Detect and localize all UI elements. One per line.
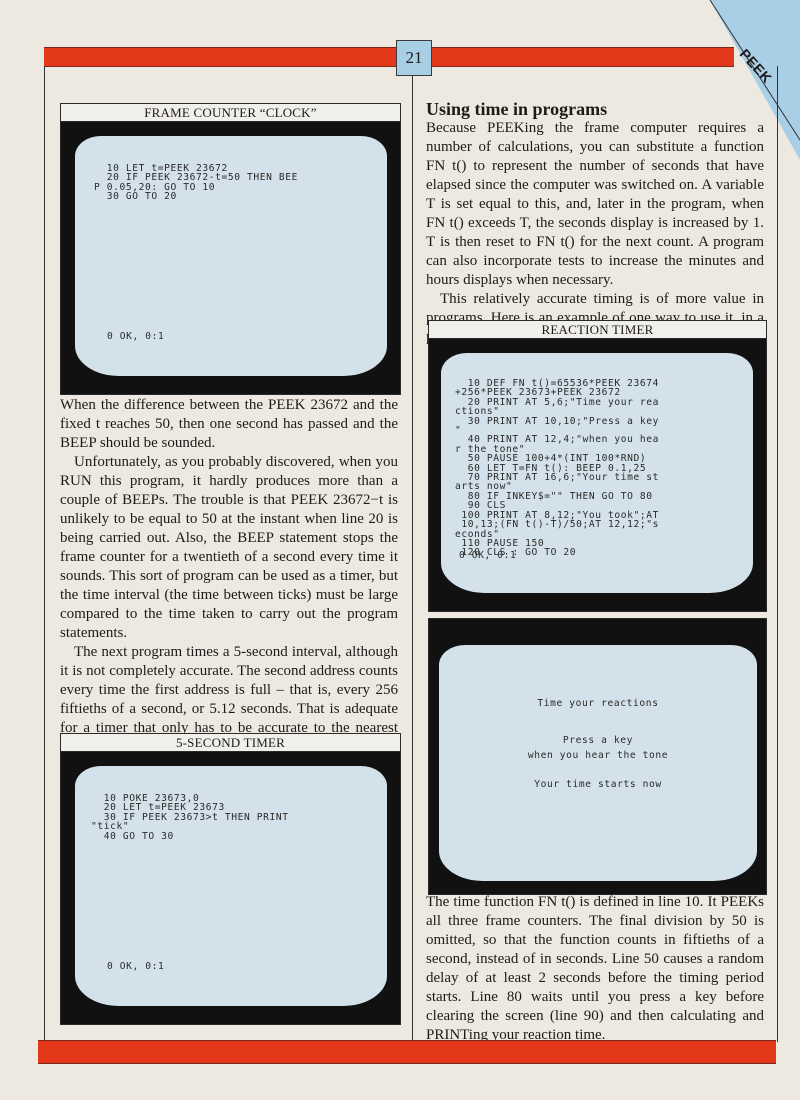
right-text-block-1: Using time in programs Because PEEKing t… [426,99,764,347]
tv-screen: Time your reactions Press a key when you… [439,645,757,881]
screen-line: Press a key [439,736,757,745]
bottom-red-bar [38,1040,776,1064]
tv-screen: 10 LET t=PEEK 23672 20 IF PEEK 23672-t=5… [75,136,387,376]
figure-caption: FRAME COUNTER “CLOCK” [61,104,400,122]
section-heading: Using time in programs [426,99,764,119]
program-listing: 10 POKE 23673,0 20 LET t=PEEK 23673 30 I… [91,794,289,841]
right-text-block-2: The time function FN t() is defined in l… [426,893,764,1045]
paragraph: When the difference between the PEEK 236… [60,396,398,453]
figure-caption: 5-SECOND TIMER [61,734,400,752]
column-divider [412,74,413,1042]
figure-reaction-timer-output: Time your reactions Press a key when you… [428,618,767,895]
paragraph: Because PEEKing the frame computer requi… [426,119,764,290]
status-line: 0 OK, 0:1 [459,551,516,560]
top-red-bar [44,47,734,67]
left-text-block-1: When the difference between the PEEK 236… [60,396,398,776]
page-number: 21 [396,40,432,76]
screen-line: when you hear the tone [439,751,757,760]
figure-frame-counter-clock: FRAME COUNTER “CLOCK” 10 LET t=PEEK 2367… [60,103,401,395]
tv-screen: 10 POKE 23673,0 20 LET t=PEEK 23673 30 I… [75,766,387,1006]
program-listing: 10 DEF FN t()=65536*PEEK 23674 +256*PEEK… [455,379,659,558]
tv-screen: 10 DEF FN t()=65536*PEEK 23674 +256*PEEK… [441,353,753,593]
figure-5-second-timer: 5-SECOND TIMER 10 POKE 23673,0 20 LET t=… [60,733,401,1025]
paragraph: Unfortunately, as you probably discovere… [60,453,398,643]
program-listing: 10 LET t=PEEK 23672 20 IF PEEK 23672-t=5… [94,164,298,202]
figure-reaction-timer: REACTION TIMER 10 DEF FN t()=65536*PEEK … [428,320,767,612]
paragraph: The time function FN t() is defined in l… [426,893,764,1045]
screen-line: Time your reactions [439,699,757,708]
figure-caption: REACTION TIMER [429,321,766,339]
status-line: 0 OK, 0:1 [107,332,164,341]
status-line: 0 OK, 0:1 [107,962,164,971]
screen-line: Your time starts now [439,780,757,789]
